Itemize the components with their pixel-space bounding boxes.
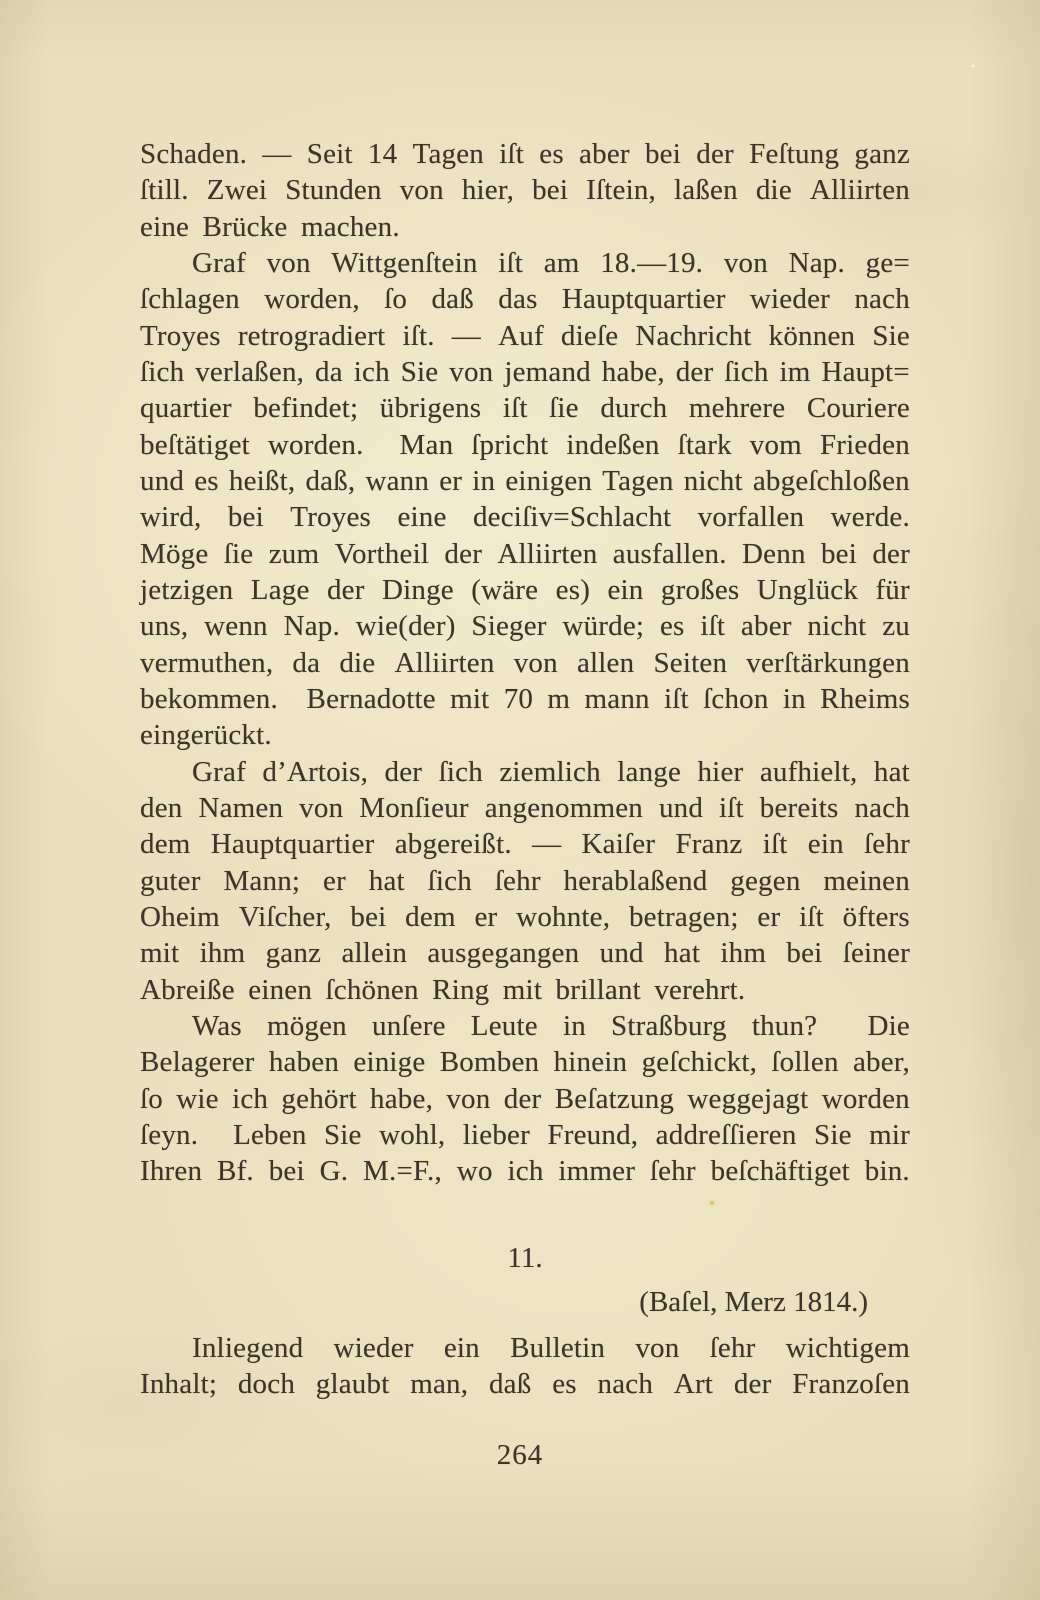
text-line: bekommen.Bernadottemit70mmanniſtſchoninR… — [140, 681, 910, 717]
text-line: vermuthen,dadieAlliirtenvonallenSeitenve… — [140, 645, 910, 681]
text-line: Schaden.—Seit14TageniſtesaberbeiderFeſtu… — [140, 136, 910, 172]
text-line: ſtill.ZweiStundenvonhier,beiIſtein,laßen… — [140, 172, 910, 208]
text-line: BelagererhabeneinigeBombenhineingeſchick… — [140, 1044, 910, 1080]
text-line: ſeyn.LebenSiewohl,lieberFreund,addreſſie… — [140, 1117, 910, 1153]
text-line: MögeſiezumVortheilderAlliirtenausfallen.… — [140, 536, 910, 572]
text-line: Abreiße einen ſchönen Ring mit brillant … — [140, 972, 910, 1008]
text-line: demHauptquartierabgereißt.—KaiſerFranziſ… — [140, 826, 910, 862]
section-dateline: (Baſel, Merz 1814.) — [140, 1284, 910, 1320]
text-line: ſowieichgehörthabe,vonderBeſatzungweggej… — [140, 1081, 910, 1117]
text-line: denNamenvonMonſieurangenommenundiſtberei… — [140, 790, 910, 826]
text-line: IhrenBf.beiG.M.=F.,woichimmerſehrbeſchäf… — [140, 1153, 910, 1189]
text-line: uns,wennNap.wie(der)Siegerwürde;esiſtabe… — [140, 608, 910, 644]
text-line: guterMann;erhatſichſehrherablaßendgegenm… — [140, 863, 910, 899]
text-line: InliegendwiedereinBulletinvonſehrwichtig… — [140, 1330, 910, 1366]
text-line: Grafd’Artois,derſichziemlichlangehierauf… — [140, 754, 910, 790]
section-number-heading: 11. — [140, 1240, 910, 1276]
text-line: quartierbefindet;übrigensiſtſiedurchmehr… — [140, 390, 910, 426]
text-line: ſchlagenworden,ſodaßdasHauptquartierwied… — [140, 281, 910, 317]
page-number: 264 — [0, 1437, 1040, 1473]
text-line: Inhalt;dochglaubtman,daßesnachArtderFran… — [140, 1366, 910, 1402]
text-line: OheimViſcher,beidemerwohnte,betragen;eri… — [140, 899, 910, 935]
book-page: Schaden.—Seit14TageniſtesaberbeiderFeſtu… — [0, 0, 1040, 1600]
letter-body-text: Schaden.—Seit14TageniſtesaberbeiderFeſtu… — [140, 136, 910, 1190]
text-line: mitihmganzalleinausgegangenundhatihmbeiſ… — [140, 935, 910, 971]
text-line: WasmögenunſereLeuteinStraßburgthun?Die — [140, 1008, 910, 1044]
text-line: wird,beiTroyeseinedeciſiv=Schlachtvorfal… — [140, 499, 910, 535]
text-line: eingerückt. — [140, 717, 910, 753]
text-line: beſtätigetworden.Manſprichtindeßenſtarkv… — [140, 427, 910, 463]
text-line: ſichverlaßen,daichSievonjemandhabe,derſi… — [140, 354, 910, 390]
section-body-text: InliegendwiedereinBulletinvonſehrwichtig… — [140, 1330, 910, 1403]
text-line: undesheißt,daß,wannerineinigenTagennicht… — [140, 463, 910, 499]
letter-11-section: 11. (Baſel, Merz 1814.) Inliegendwiedere… — [140, 1240, 910, 1403]
text-line: Troyesretrogradiertiſt.—AufdieſeNachrich… — [140, 318, 910, 354]
text-line: eine Brücke machen. — [140, 209, 910, 245]
text-line: jetzigenLagederDinge(wärees)eingroßesUng… — [140, 572, 910, 608]
text-line: GrafvonWittgenſteiniſtam18.—19.vonNap.ge… — [140, 245, 910, 281]
